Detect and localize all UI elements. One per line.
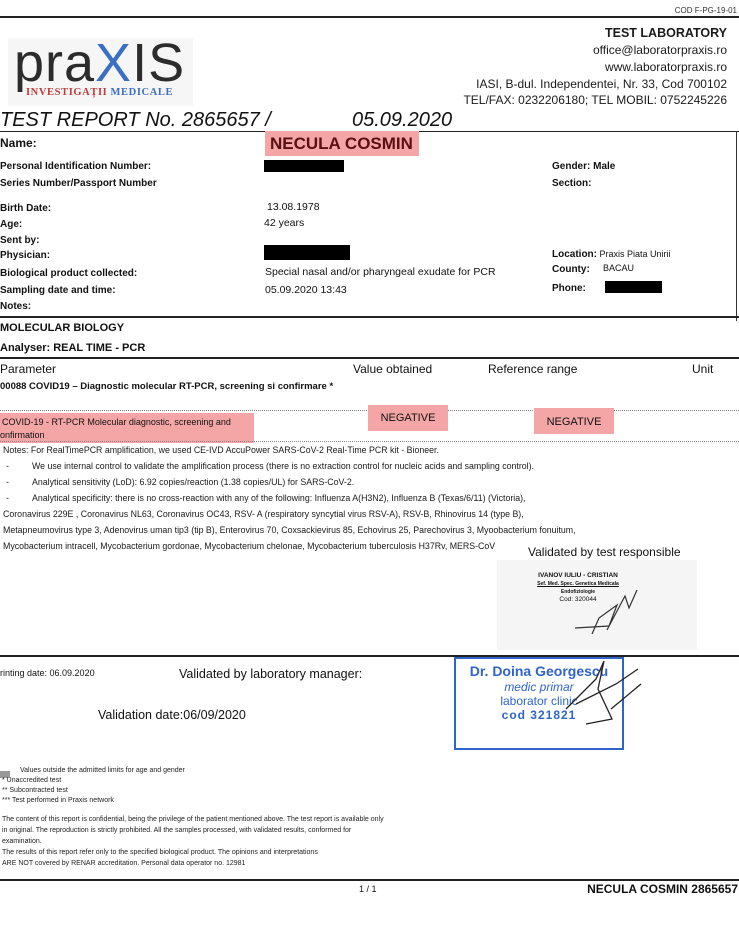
praxis-logo: praXIS INVESTIGAȚII MEDICALE [8,38,193,106]
patient-name: NECULA COSMIN [265,131,419,156]
test-responsible-label: Validated by test responsible [528,545,681,559]
col-parameter: Parameter [0,362,56,376]
section-title: MOLECULAR BIOLOGY [0,322,124,334]
location-field: Location: Praxis Piata Unirii [552,249,671,260]
age-label: Age: [0,219,22,230]
lab-address: IASI, B-dul. Independentei, Nr. 33, Cod … [476,77,727,91]
disclaimer-line-3: examination. [2,838,42,845]
footer-patient-ref: NECULA COSMIN 2865657 [587,882,738,896]
age-value: 42 years [264,217,304,229]
result-reference: NEGATIVE [534,408,614,434]
result-param-line1: COVID-19 - RT-PCR Molecular diagnostic, … [2,417,231,427]
legend-outside-limits: Values outside the admitted limits for a… [20,767,185,774]
lab-email[interactable]: office@laboratorpraxis.ro [593,43,727,57]
validation-date: Validation date:06/09/2020 [98,708,246,722]
notes-label: Notes: [0,301,31,312]
note-bullet-1: We use internal control to validate the … [32,461,534,471]
disclaimer-line-2: in original. The reproduction is strictl… [2,827,351,834]
col-reference: Reference range [488,362,577,376]
logo-tagline: INVESTIGAȚII MEDICALE [26,87,173,98]
birth-date-label: Birth Date: [0,203,51,214]
report-date: 05.09.2020 [352,109,452,132]
printing-date: rinting date: 06.09.2020 [0,668,95,678]
sent-by-label: Sent by: [0,235,39,246]
notes-intro: Notes: For RealTimePCR amplification, we… [3,445,439,455]
note-cont-1: Coronavirus 229E , Coronavirus NL63, Cor… [3,509,524,519]
lab-phones: TEL/FAX: 0232206180; TEL MOBIL: 07522452… [463,93,727,107]
county-label: County: [552,264,590,275]
physician-label: Physician: [0,250,50,261]
name-label: Name: [0,136,37,150]
bullet-dash: - [6,461,9,471]
page-number: 1 / 1 [359,884,377,894]
analyser-label: Analyser: REAL TIME - PCR [0,342,145,354]
logo-wordmark: praXIS [14,32,185,94]
product-value: Special nasal and/or pharyngeal exudate … [265,266,496,278]
note-bullet-2: Analytical sensitivity (LoD): 6.92 copie… [32,477,354,487]
signature-scribble-icon [497,560,697,650]
phone-label: Phone: [552,283,586,294]
pin-redacted [264,160,344,172]
col-unit: Unit [692,362,713,376]
bullet-dash: - [6,477,9,487]
note-cont-2: Metapneumovirus type 3, Adenovirus uman … [3,525,576,535]
report-title: TEST REPORT No. 2865657 / [0,109,271,132]
gender-field: Gender: Male [552,161,615,172]
physician-redacted [264,245,350,260]
disclaimer-line-4: The results of this report refer only to… [2,849,318,856]
phone-redacted [605,281,662,293]
lab-title: TEST LABORATORY [605,26,727,40]
disclaimer-line-5: ARE NOT covered by RENAR accreditation. … [2,860,245,867]
section-label: Section: [552,178,591,189]
product-label: Biological product collected: [0,268,137,279]
legend-subcontracted: ** Subcontracted test [2,787,68,794]
pin-label: Personal Identification Number: [0,161,151,172]
county-value: BACAU [603,263,634,273]
bullet-dash: - [6,493,9,503]
manager-signature-icon [556,649,646,739]
birth-date-value: 13.08.1978 [267,201,320,213]
test-group: 00088 COVID19 – Diagnostic molecular RT-… [0,381,333,392]
analyser-rule [0,357,739,359]
manager-label: Validated by laboratory manager: [179,667,362,681]
manager-stamp: Dr. Doina Georgescu medic primar laborat… [454,657,624,750]
col-value: Value obtained [353,362,432,376]
footer-rule [0,879,739,881]
result-param-line2: onfirmation [0,430,45,440]
signature-block-1: IVANOV IULIU - CRISTIAN Sef. Med. Spec. … [497,560,697,650]
passport-label: Series Number/Passport Number [0,178,157,189]
result-value: NEGATIVE [368,405,448,431]
form-code: COD F-PG-19-01 [675,6,737,15]
lab-website[interactable]: www.laboratorpraxis.ro [605,60,727,74]
row-bottom-divider [0,441,739,442]
patient-rule [0,316,739,318]
note-cont-3: Mycobacterium intracell, Mycobacterium g… [3,541,495,551]
sampling-value: 05.09.2020 13:43 [265,284,347,296]
disclaimer-line-1: The content of this report is confidenti… [2,816,384,823]
sampling-label: Sampling date and time: [0,285,116,296]
legend-praxis-network: *** Test performed in Praxis network [2,797,114,804]
top-rule [0,16,739,18]
legend-unaccredited: * Unaccredited test [2,777,61,784]
note-bullet-3: Analytical specificity: there is no cros… [32,493,526,503]
